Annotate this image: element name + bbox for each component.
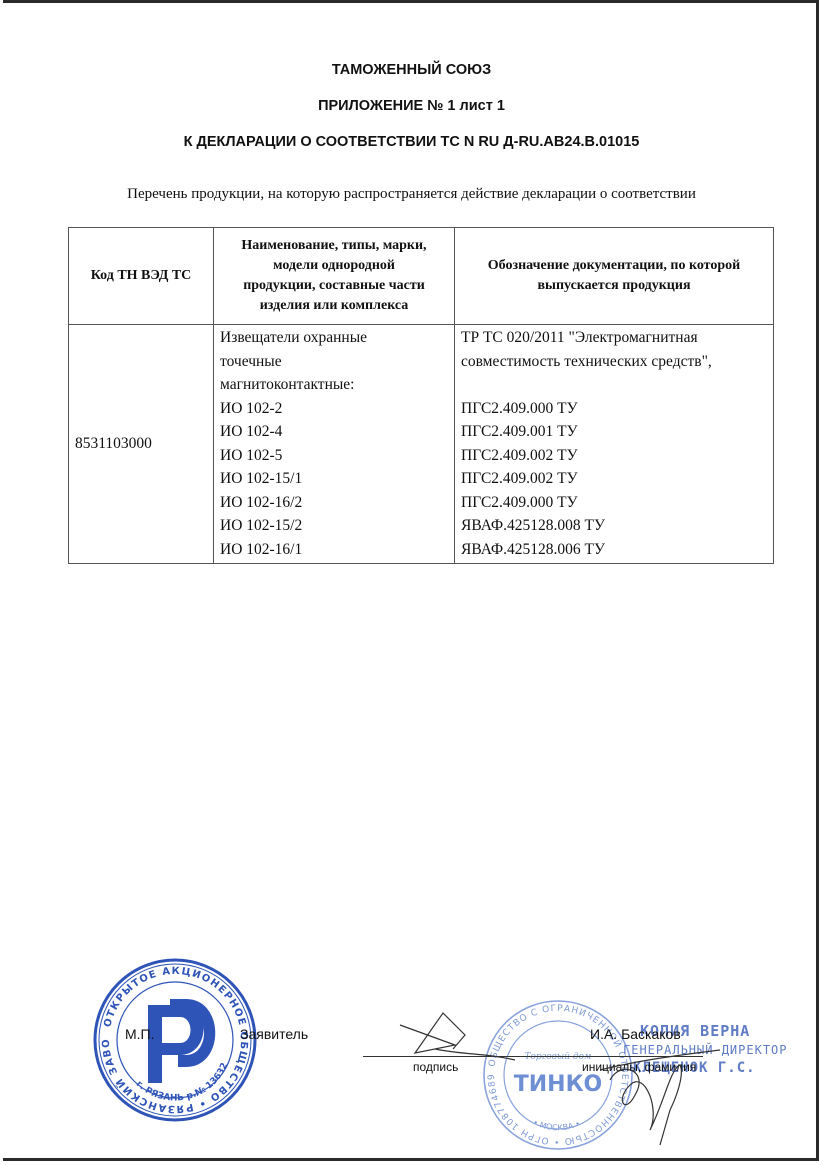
doc-line: совместимость технических средств", [461,350,767,374]
doc-spec: ПГС2.409.001 ТУ [461,420,767,444]
header-name-line: Наименование, типы, марки, [214,236,454,256]
product-model: ИО 102-15/2 [220,514,448,538]
doc-line-blank [461,373,767,397]
svg-text:• МОСКВА •: • МОСКВА • [531,1118,581,1133]
director-signature-icon [590,1040,730,1150]
table-row: 8531103000 Извещатели охранные точечные … [69,325,774,564]
doc-spec: ЯВАФ.425128.006 ТУ [461,538,767,562]
product-line: Извещатели охранные [220,326,448,350]
cell-documentation: ТР ТС 020/2011 "Электромагнитная совмест… [455,325,774,564]
copy-stamp-bottom-text: • МОСКВА • [531,1118,581,1133]
header-docs: Обозначение документации, по которой вып… [455,228,774,325]
header-docs-line: Обозначение документации, по которой [455,256,773,276]
header-code: Код ТН ВЭД ТС [69,228,214,325]
appendix-title: ПРИЛОЖЕНИЕ № 1 лист 1 [0,98,823,114]
product-model: ИО 102-4 [220,420,448,444]
header-docs-line: выпускается продукция [455,276,773,296]
product-model: ИО 102-16/1 [220,538,448,562]
header-name-line: изделия или комплекса [214,296,454,316]
applicant-signature-icon [395,1005,525,1065]
product-line: точечные [220,350,448,374]
doc-spec: ПГС2.409.000 ТУ [461,491,767,515]
applicant-label: Заявитель [240,1026,308,1042]
company-seal-icon: ОТКРЫТОЕ АКЦИОНЕРНОЕ ОБЩЕСТВО • РЯЗАНСКИ… [90,955,260,1125]
product-model: ИО 102-2 [220,397,448,421]
product-list-intro: Перечень продукции, на которую распростр… [0,186,823,203]
copy-stamp-logo: ТИНКО [514,1072,603,1097]
header-name-line: модели однородной [214,256,454,276]
seal-place-label: М.П. [125,1026,155,1042]
doc-line: ТР ТС 020/2011 "Электромагнитная [461,326,767,350]
header-name-line: продукции, составные части [214,276,454,296]
doc-spec: ПГС2.409.002 ТУ [461,467,767,491]
declaration-title: К ДЕКЛАРАЦИИ О СООТВЕТСТВИИ ТС N RU Д-RU… [0,134,823,150]
union-title: ТАМОЖЕННЫЙ СОЮЗ [0,62,823,78]
cell-product-names: Извещатели охранные точечные магнитоконт… [214,325,455,564]
product-model: ИО 102-5 [220,444,448,468]
product-model: ИО 102-15/1 [220,467,448,491]
doc-spec: ПГС2.409.002 ТУ [461,444,767,468]
doc-spec: ПГС2.409.000 ТУ [461,397,767,421]
doc-spec: ЯВАФ.425128.008 ТУ [461,514,767,538]
table-header-row: Код ТН ВЭД ТС Наименование, типы, марки,… [69,228,774,325]
product-model: ИО 102-16/2 [220,491,448,515]
cell-code: 8531103000 [69,325,214,564]
header-name: Наименование, типы, марки, модели одноро… [214,228,455,325]
product-line: магнитоконтактные: [220,373,448,397]
product-table: Код ТН ВЭД ТС Наименование, типы, марки,… [68,227,774,564]
